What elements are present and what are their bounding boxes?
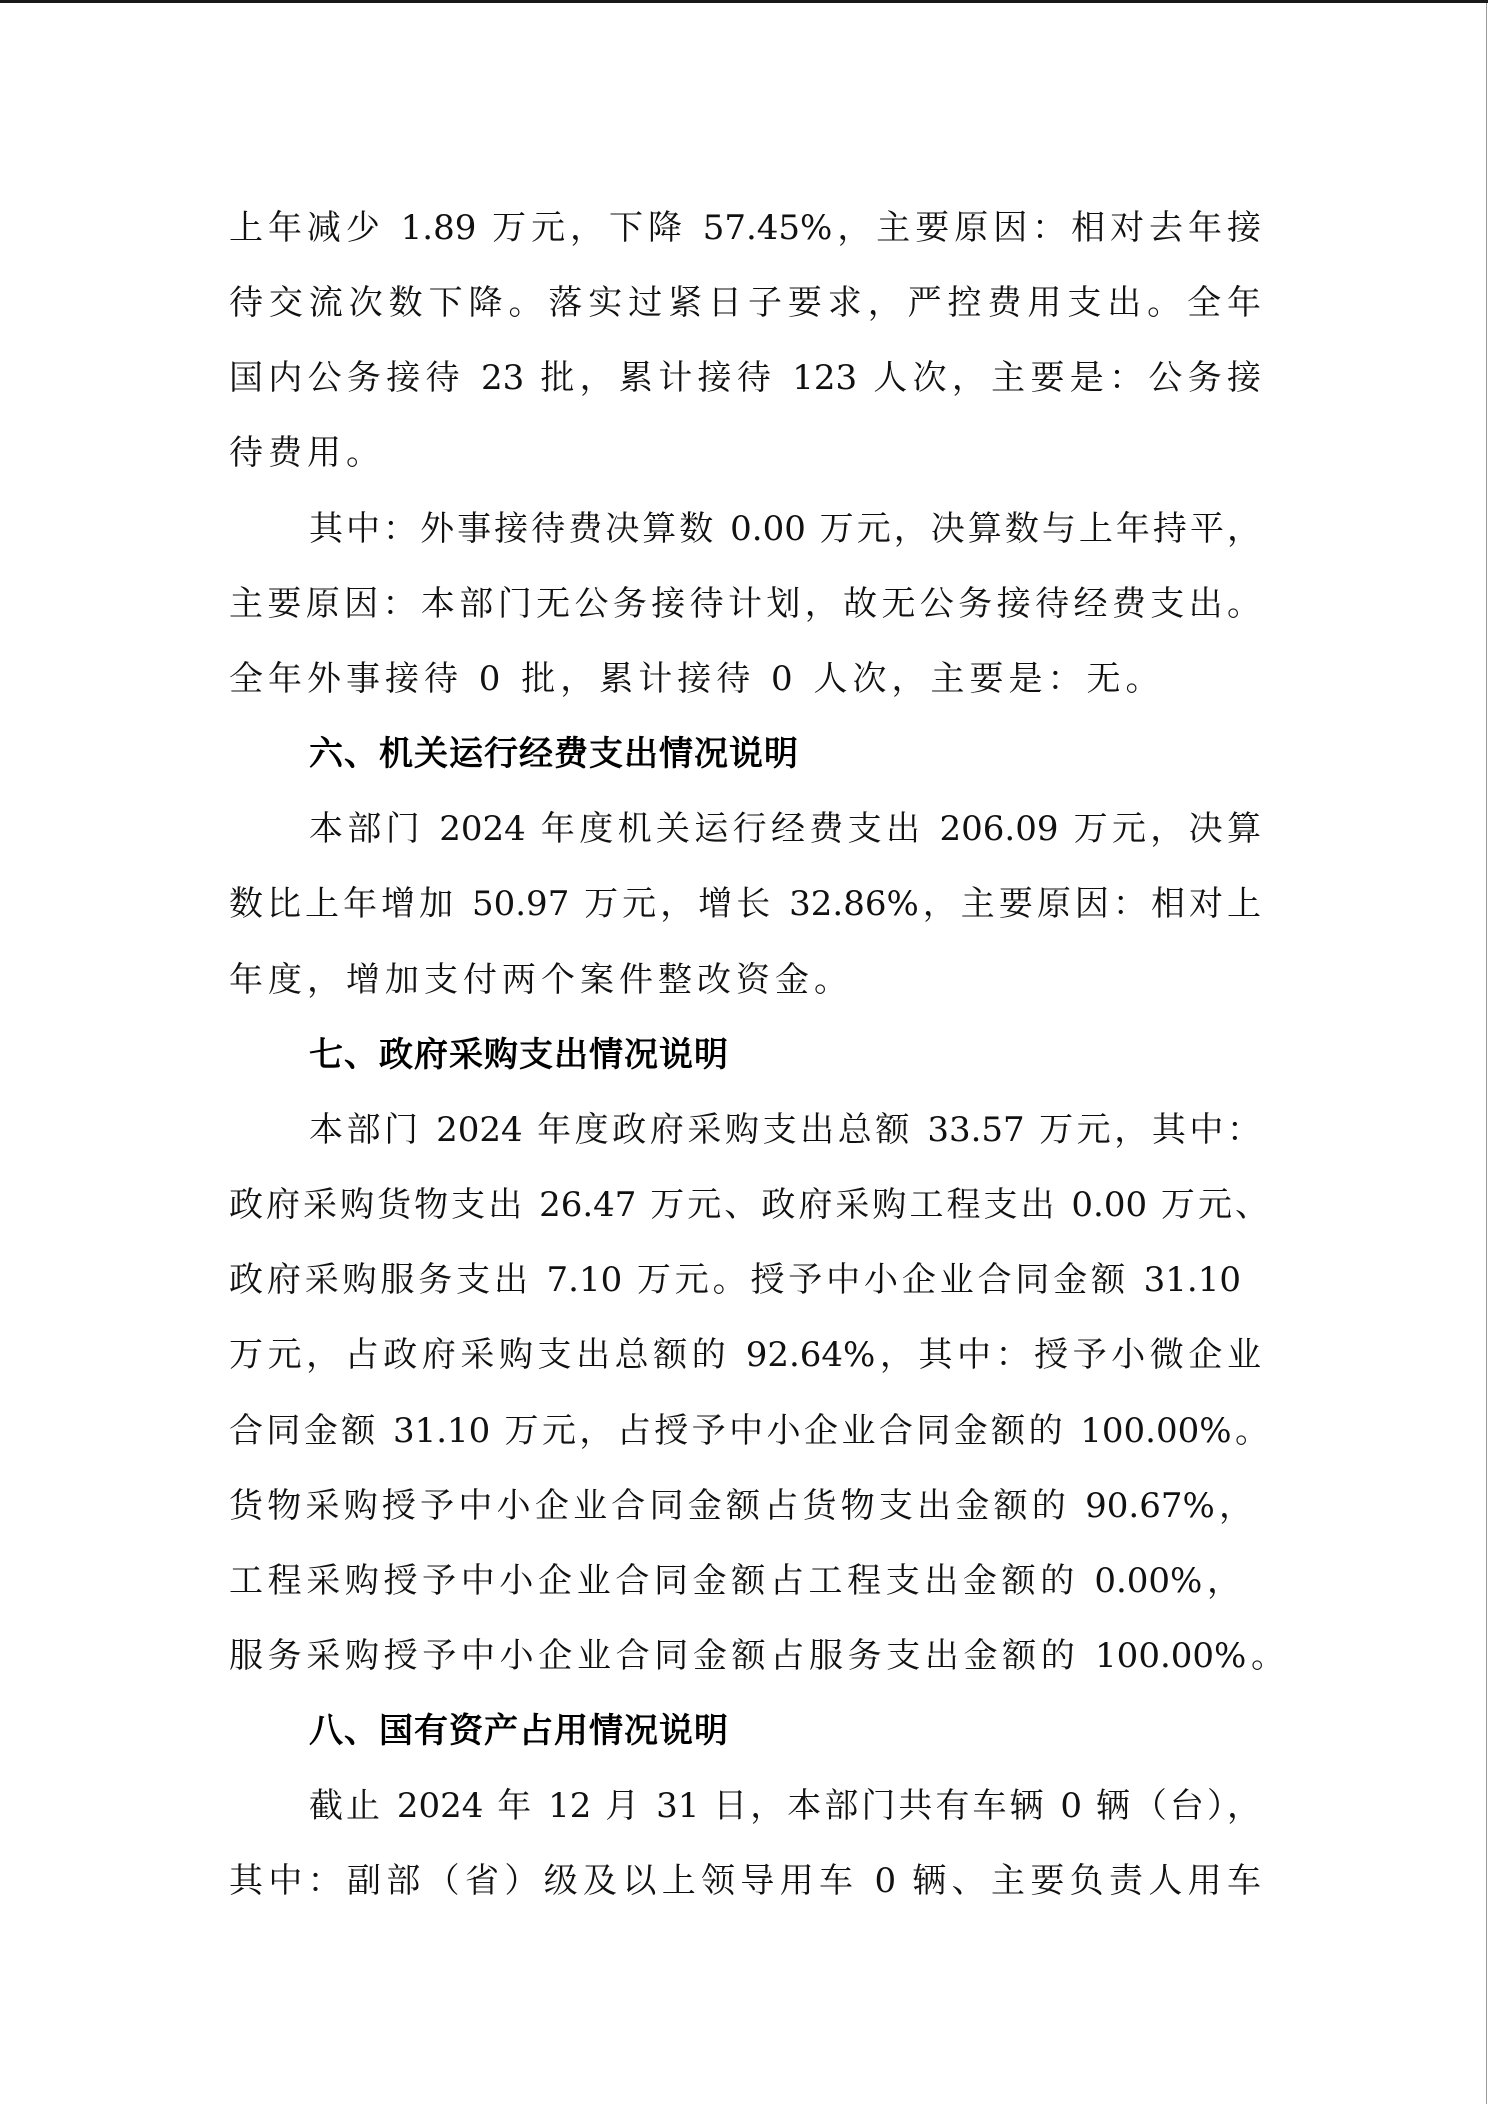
paragraph-first-line: 本部门 2024 年度机关运行经费支出 206.09 万元，决算 [309, 792, 1261, 867]
body-text-line: 年度，增加支付两个案件整改资金。 [229, 943, 1261, 1018]
body-text-line: 上年减少 1.89 万元，下降 57.45%，主要原因：相对去年接 [229, 191, 1261, 266]
body-text-line: 政府采购货物支出 26.47 万元、政府采购工程支出 0.00 万元、 [229, 1168, 1269, 1243]
body-text-line: 待费用。 [229, 416, 1261, 491]
body-text-line: 待交流次数下降。落实过紧日子要求，严控费用支出。全年 [229, 266, 1261, 341]
body-text-line: 服务采购授予中小企业合同金额占服务支出金额的 100.00%。 [229, 1619, 1285, 1694]
section-heading-6: 六、机关运行经费支出情况说明 [309, 717, 1261, 792]
section-heading-7: 七、政府采购支出情况说明 [309, 1018, 1261, 1093]
body-text-line: 全年外事接待 0 批，累计接待 0 人次，主要是：无。 [229, 642, 1261, 717]
body-text-line: 工程采购授予中小企业合同金额占工程支出金额的 0.00%， [229, 1544, 1241, 1619]
body-text-line: 主要原因：本部门无公务接待计划，故无公务接待经费支出。 [229, 567, 1261, 642]
body-text-line: 数比上年增加 50.97 万元，增长 32.86%，主要原因：相对上 [229, 867, 1261, 942]
body-text-line: 其中：副部（省）级及以上领导用车 0 辆、主要负责人用车 [229, 1844, 1261, 1919]
document-page: 上年减少 1.89 万元，下降 57.45%，主要原因：相对去年接 待交流次数下… [0, 0, 1488, 2104]
body-text-line: 政府采购服务支出 7.10 万元。授予中小企业合同金额 31.10 [229, 1243, 1241, 1318]
paragraph-first-line: 本部门 2024 年度政府采购支出总额 33.57 万元，其中： [309, 1093, 1261, 1168]
body-text-line: 合同金额 31.10 万元，占授予中小企业合同金额的 100.00%。 [229, 1394, 1269, 1469]
paragraph-first-line: 截止 2024 年 12 月 31 日，本部门共有车辆 0 辆（台）， [309, 1769, 1261, 1844]
section-heading-8: 八、国有资产占用情况说明 [309, 1694, 1261, 1769]
body-text-line: 万元，占政府采购支出总额的 92.64%，其中：授予小微企业 [229, 1318, 1261, 1393]
body-text-line: 货物采购授予中小企业合同金额占货物支出金额的 90.67%， [229, 1469, 1253, 1544]
body-text-line: 国内公务接待 23 批，累计接待 123 人次，主要是：公务接 [229, 341, 1261, 416]
paragraph-first-line: 其中：外事接待费决算数 0.00 万元，决算数与上年持平， [309, 492, 1261, 567]
